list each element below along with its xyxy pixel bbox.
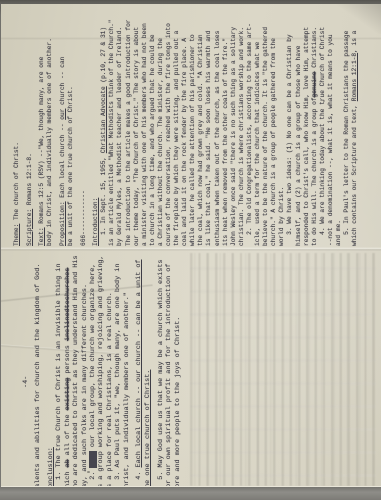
paper-sheet: -4- talents and abilities for church and…: [1, 4, 381, 487]
typed-line: is a place for real Christians, is a rea…: [106, 246, 114, 487]
underlined-text: Theme:: [13, 224, 20, 246]
typed-line: responded to Christ's call, who know Him…: [303, 8, 311, 246]
typed-text: 2. The old Congregationalists, according…: [246, 23, 253, 246]
underlined-text: the one true church of Christ.: [144, 370, 152, 487]
typed-text: believe to be the nature of the church. …: [262, 27, 269, 246]
typed-text: 666------------: [80, 190, 87, 246]
typed-text: the fireplace by which they were sitting…: [173, 31, 180, 246]
typed-line: icle, used a term for the church that in…: [254, 8, 262, 246]
typed-line: for our own spiritual profit and for the…: [165, 246, 173, 487]
typed-line: our theme today, "The Church of Christ."…: [133, 8, 141, 246]
typed-text: Romans 12:1-8.: [26, 153, 33, 209]
typed-text: christian. The church is where christian…: [238, 27, 245, 246]
typed-line: 1. The true Church of Christ is an invis…: [55, 246, 63, 487]
typed-text: a minister visiting with one of his memb…: [141, 23, 148, 246]
typed-page-left-conclusion: talents and abilities for church and the…: [34, 246, 182, 487]
underlined-text: Introduction:: [92, 198, 99, 246]
typed-line: who are dedicated to Christ as they unde…: [72, 246, 80, 487]
typed-line: 4. Each local church -- our church -- ca…: [135, 246, 143, 487]
typed-text: for our own spiritual profit and for the…: [165, 264, 173, 487]
typed-text: is like that coal," he said. "He soon lo…: [205, 31, 212, 246]
typed-text: enthusiasm when taken out of the church,…: [214, 31, 221, 246]
typed-text: all of the: [64, 410, 72, 459]
typed-line: more and more people to the joys of Chri…: [174, 246, 182, 487]
typed-page-right-introduction: Theme: The church of Christ.Scripture: R…: [13, 8, 359, 246]
typed-text: be a unit of the one true church of Chri…: [67, 86, 74, 246]
underlined-text: Romans 12:1-8: [351, 53, 358, 101]
typed-text: while later he called the attention of h…: [189, 34, 196, 246]
typed-text: way, and such folks are in many differen…: [81, 284, 89, 487]
typed-text: which: [64, 468, 72, 487]
typed-text: talents and abilities for church and the…: [34, 264, 42, 487]
struck-text: existing: [64, 378, 72, 411]
typed-text: 1. In Sept. 15, 1955,: [100, 153, 107, 246]
typed-line: talents and abilities for church and the…: [34, 246, 42, 487]
page-number: -4-: [22, 376, 30, 388]
typed-line: be a unit of the one true church of Chri…: [67, 8, 75, 246]
typed-text: persons: [64, 341, 72, 378]
typed-line: 5. In Paul's letter to the Roman Christi…: [343, 8, 351, 246]
typed-line: Scripture: Romans 12:1-8.: [26, 8, 34, 246]
struck-text: ab: [64, 459, 72, 467]
typed-text: 1. The true Church of Christ is an invis…: [55, 264, 63, 487]
typed-line: coal and laid it on the rock fender by t…: [181, 8, 189, 246]
typed-text: 5. May God use us that we may be a churc…: [157, 260, 165, 488]
typed-text: Christ, and individually members one of …: [123, 292, 131, 487]
typed-text: church." A church is a group of people g…: [270, 38, 277, 246]
typed-text: to church in a long time, and who argued…: [149, 34, 156, 246]
typed-text: 4.: [135, 468, 143, 487]
typed-line: 1. In Sept. 15, 1955, Christian Advocate…: [100, 8, 108, 246]
bleed-through-text: [190, 253, 376, 486]
underlined-text: Proposition:: [59, 201, 66, 246]
typed-line: the fireplace by which they were sitting…: [173, 8, 181, 246]
typed-text: body in Christ, and individually members…: [46, 38, 53, 246]
typed-line: by Gerald Myles, a Methodist teacher and…: [116, 8, 124, 246]
typed-line: 3. As Paul puts it, "we, though many, ar…: [114, 246, 122, 487]
typed-line: church." A church is a group of people g…: [270, 8, 278, 246]
typed-text: world by Christ.: [278, 187, 285, 246]
typed-text: The church of Christ.: [13, 142, 20, 224]
struck-text: inclinedtochurches: [64, 268, 72, 341]
typed-line: Proposition: Each local church -- our ch…: [59, 8, 67, 246]
typed-text: The introduction to the article makes a …: [125, 20, 132, 247]
scanned-document-screenshot: { "colors": { "paper": "#d8d4c3", "ink":…: [0, 0, 381, 500]
typed-line: is an article entitled "What Methodists …: [108, 8, 116, 246]
typed-text: 2.: [89, 468, 97, 487]
typed-line: enthusiasm when taken out of the church,…: [214, 8, 222, 246]
struck-text: genuine: [311, 71, 318, 97]
typed-text: Each local church --: [59, 120, 66, 202]
struck-text: That: [89, 451, 97, 467]
typed-text: a Christian without the church. The mini…: [157, 38, 164, 246]
typed-text: who are dedicated to Christ as they unde…: [72, 255, 80, 487]
underlined-text: Christian Advocate: [100, 86, 107, 153]
typed-line: The introduction to the article makes a …: [125, 8, 133, 246]
typed-line: 3. We have two ideas: (1) No one can be …: [286, 8, 294, 246]
typed-text: (p.10, 27 & 31): [100, 27, 107, 86]
paper-speck: [323, 100, 325, 102]
typed-text: icle, used a term for the church that in…: [254, 42, 261, 246]
typed-text: as a group working and worshiping, rejoi…: [97, 255, 105, 487]
typed-text: is a place for real Christians, is a rea…: [106, 292, 114, 487]
typed-text: 3. We have two ideas: (1) No one can be …: [286, 34, 293, 246]
typed-text: its heat when removed from the other coa…: [222, 38, 229, 246]
typed-text: and me.: [335, 220, 342, 246]
typed-line: --not a denomination --, what it is, wha…: [327, 8, 335, 246]
rotated-typed-content: -4- talents and abilities for church and…: [1, 4, 381, 486]
typed-line: christian. The church is where christian…: [238, 8, 246, 246]
typed-line: a minister visiting with one of his memb…: [141, 8, 149, 246]
typed-text: --not a denomination --, what it is, wha…: [327, 34, 334, 246]
typed-line: world by Christ.: [278, 8, 286, 246]
typed-text: more and more people to the joys of Chri…: [174, 317, 182, 487]
typed-line: course of the conversation, reached with…: [165, 8, 173, 246]
typed-text: church -- can: [59, 57, 66, 109]
typed-line: the one true church of Christ.: [144, 246, 152, 487]
typed-text: John Wesley once said "there is no such …: [230, 27, 237, 246]
typed-line: himself, and (2) a church is a group of …: [295, 8, 303, 246]
typed-line: 4. We are thinking today about the true …: [319, 8, 327, 246]
paper-speck: [87, 471, 90, 473]
typed-text: , is a: [351, 31, 358, 53]
typed-line: is like that coal," he said. "He soon lo…: [205, 8, 213, 246]
typed-text: course of the conversation, reached with…: [165, 23, 172, 246]
typed-text: responded to Christ's call, who know Him…: [303, 27, 310, 246]
underlined-text: Conclusion:: [47, 447, 55, 487]
typed-line: believe to be the nature of the church. …: [262, 8, 270, 246]
typed-line: Theme: The church of Christ.: [13, 8, 21, 246]
typed-line: body in Christ, and individually members…: [46, 8, 54, 246]
typed-line: its heat when removed from the other coa…: [222, 8, 230, 246]
typed-line: Christ, and individually members one of …: [123, 246, 131, 487]
typed-text: 3. As Paul puts it, "we, though many, ar…: [114, 264, 122, 487]
typed-line: to do His will. The church is a group of…: [311, 8, 319, 246]
underlined-text: Each local church -- our church -- can b…: [135, 259, 143, 467]
typed-line: a Christian without the church. The mini…: [157, 8, 165, 246]
typed-line: and me.: [335, 8, 343, 246]
typed-text: is an article entitled "What Methodists …: [108, 20, 115, 247]
typed-text: Christians.: [311, 27, 318, 72]
underlined-text: Scripture:: [26, 209, 33, 246]
typed-text: which contains our Scripture and text,: [351, 101, 358, 246]
typed-line: which contains our Scripture and text, R…: [351, 8, 359, 246]
underlined-text: our: [59, 109, 66, 120]
typed-line: which ab all of the existing persons inc…: [64, 246, 72, 487]
typed-text: himself, and (2) a church is a group of …: [295, 45, 302, 246]
typed-text: by Gerald Myles, a Methodist teacher and…: [116, 27, 123, 246]
typed-line: the coal, which now had grown grey and c…: [197, 8, 205, 246]
scanner-bed-bottom: [0, 487, 381, 500]
typed-text: 5. In Paul's letter to the Roman Christi…: [343, 31, 350, 246]
typed-line: to church in a long time, and who argued…: [149, 8, 157, 246]
typed-text: coal and laid it on the rock fender by t…: [181, 38, 188, 246]
typed-text: Romans 12:5 (RSV) --"We, though many, ar…: [38, 57, 45, 228]
typed-line: 2. The old Congregationalists, according…: [246, 8, 254, 246]
underlined-text: Text:: [38, 227, 45, 246]
typed-line: 666------------: [80, 8, 88, 246]
typed-line: as a group working and worshiping, rejoi…: [97, 246, 105, 487]
typed-line: while later he called the attention of h…: [189, 8, 197, 246]
typed-line: way, and such folks are in many differen…: [81, 246, 89, 487]
typed-line: Text: Romans 12:5 (RSV) --"We, though ma…: [38, 8, 46, 246]
typed-line: 5. May God use us that we may be a churc…: [157, 246, 165, 487]
typed-text: our local group, the church we organize …: [89, 264, 97, 452]
typed-text: the coal, which now had grown grey and c…: [197, 34, 204, 246]
typed-line: Introduction:: [92, 8, 100, 246]
typed-text: our theme today, "The Church of Christ."…: [133, 27, 140, 246]
typed-text: to do His will. The church is a group of: [311, 97, 318, 246]
typed-line: John Wesley once said "there is no such …: [230, 8, 238, 246]
typed-text: 4. We are thinking today about the true …: [319, 27, 326, 246]
